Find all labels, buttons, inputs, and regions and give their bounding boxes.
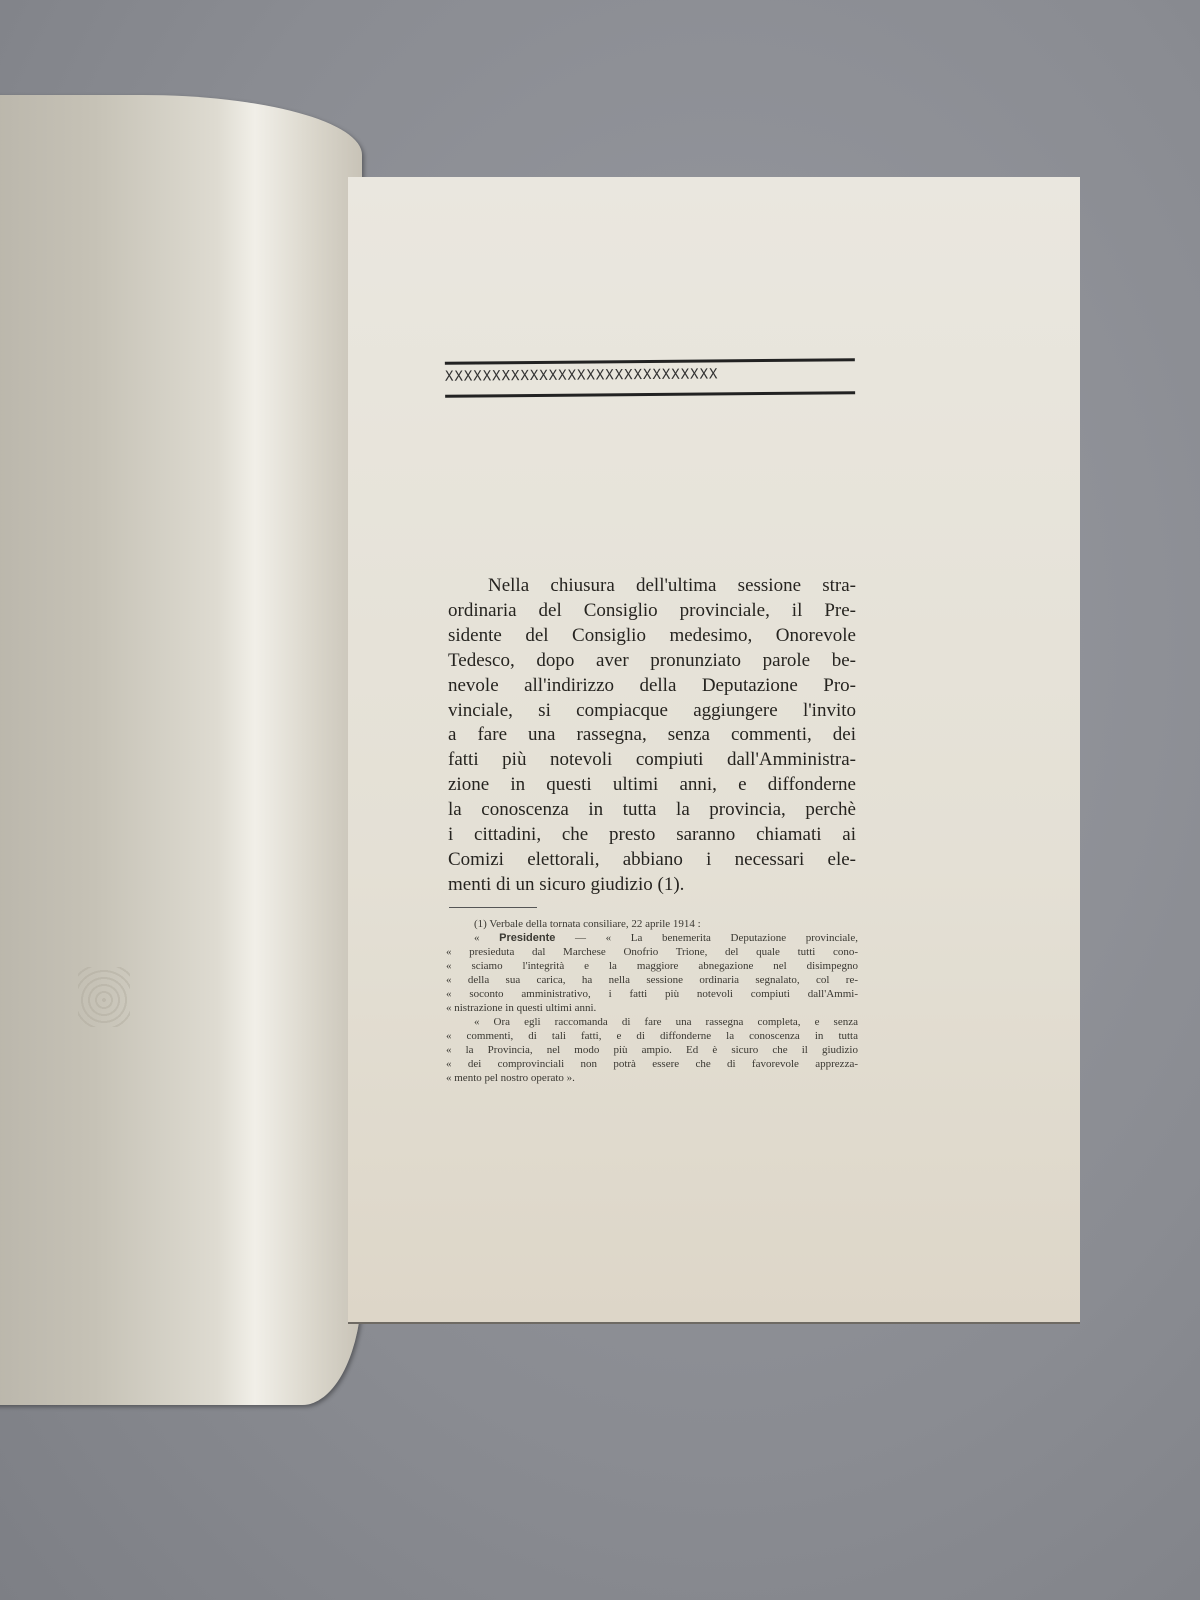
- curled-left-page: [0, 95, 362, 1405]
- footnote-line: « presieduta dal Marchese Onofrio Trione…: [446, 945, 858, 959]
- footnote-line: « della sua carica, ha nella sessione or…: [446, 973, 858, 987]
- footnote: (1) Verbale della tornata consiliare, 22…: [446, 917, 858, 1085]
- footnote-line: « Ora egli raccomanda di fare una rasseg…: [446, 1015, 858, 1029]
- footnote-line: « dei comprovinciali non potrà essere ch…: [446, 1057, 858, 1071]
- decorative-ornament-band: XXXXXXXXXXXXXXXXXXXXXXXXXXXXX: [445, 358, 855, 398]
- footnote-line: « Presidente — « La benemerita Deputazio…: [446, 931, 858, 945]
- body-line: Comizi elettorali, abbiano i necessari e…: [448, 848, 856, 873]
- body-line: menti di un sicuro giudizio (1).: [448, 873, 856, 898]
- main-paragraph: Nella chiusura dell'ultima sessione stra…: [448, 574, 856, 898]
- body-line: i cittadini, che presto saranno chiamati…: [448, 823, 856, 848]
- body-line: Tedesco, dopo aver pronunziato parole be…: [448, 649, 856, 674]
- footnote-line: « nistrazione in questi ultimi anni.: [446, 1001, 858, 1015]
- footnote-line: « la Provincia, nel modo più ampio. Ed è…: [446, 1043, 858, 1057]
- body-line: a fare una rassegna, senza commenti, dei: [448, 723, 856, 748]
- footnote-line: « mento pel nostro operato ».: [446, 1071, 858, 1085]
- body-line: sidente del Consiglio medesimo, Onorevol…: [448, 624, 856, 649]
- body-line: nevole all'indirizzo della Deputazione P…: [448, 674, 856, 699]
- body-line: fatti più notevoli compiuti dall'Amminis…: [448, 748, 856, 773]
- ornament-pattern: XXXXXXXXXXXXXXXXXXXXXXXXXXXXX: [445, 366, 719, 384]
- body-line: ordinaria del Consiglio provinciale, il …: [448, 599, 856, 624]
- body-line: vinciale, si compiacque aggiungere l'inv…: [448, 699, 856, 724]
- body-line: zione in questi ultimi anni, e diffonder…: [448, 773, 856, 798]
- embossed-stamp-icon: [78, 967, 130, 1027]
- footnote-heading: (1) Verbale della tornata consiliare, 22…: [446, 917, 858, 931]
- footnote-line: « commenti, di tali fatti, e di diffonde…: [446, 1029, 858, 1043]
- footnote-line: « sciamo l'integrità e la maggiore abneg…: [446, 959, 858, 973]
- footnote-line: « soconto amministrativo, i fatti più no…: [446, 987, 858, 1001]
- footnote-divider: [449, 907, 537, 908]
- footnote-speaker: Presidente: [499, 932, 555, 944]
- body-line: Nella chiusura dell'ultima sessione stra…: [448, 574, 856, 599]
- body-line: la conoscenza in tutta la provincia, per…: [448, 798, 856, 823]
